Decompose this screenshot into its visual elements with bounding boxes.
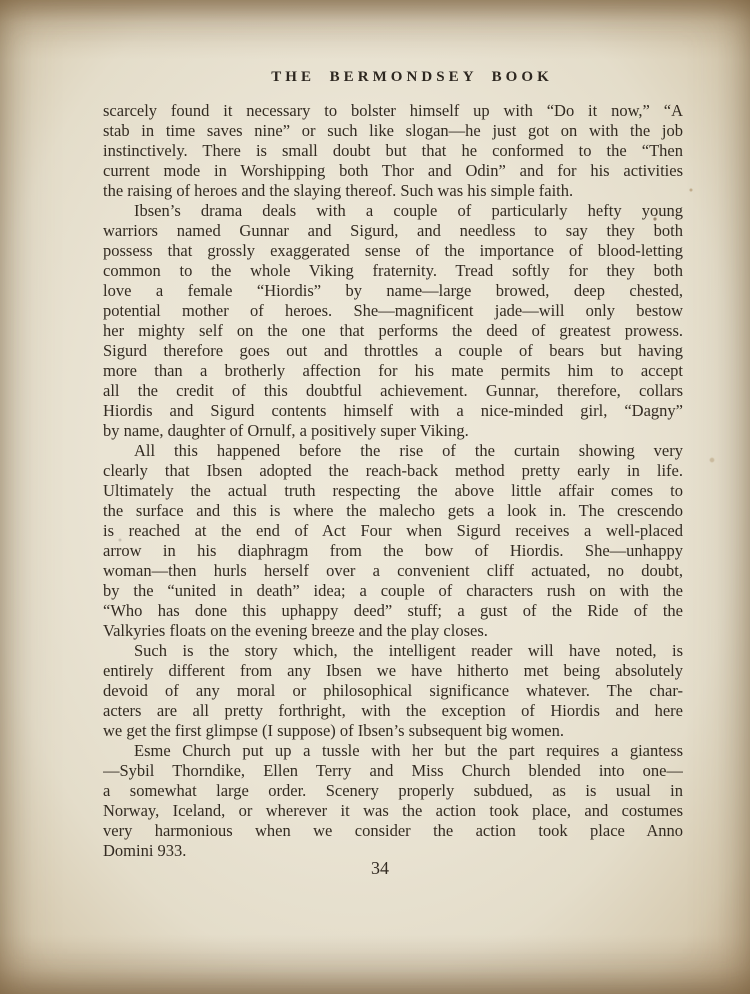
text-line: love a female “Hiordis” by name—large br… — [103, 281, 683, 301]
paragraph: scarcely found it necessary to bolster h… — [103, 101, 683, 201]
text-line: more than a brotherly affection for his … — [103, 361, 683, 381]
text-line: Valkyries floats on the evening breeze a… — [103, 621, 683, 641]
page-number: 34 — [90, 858, 670, 879]
text-line: potential mother of heroes. She—magnific… — [103, 301, 683, 321]
text-line: arrow in his diaphragm from the bow of H… — [103, 541, 683, 561]
text-line: —Sybil Thorndike, Ellen Terry and Miss C… — [103, 761, 683, 781]
text-line: woman—then hurls herself over a convenie… — [103, 561, 683, 581]
text-line: current mode in Worshipping both Thor an… — [103, 161, 683, 181]
text-line: Ultimately the actual truth respecting t… — [103, 481, 683, 501]
text-line: Such is the story which, the intelligent… — [103, 641, 683, 661]
text-line: common to the whole Viking fraternity. T… — [103, 261, 683, 281]
text-line: all the credit of this doubtful achievem… — [103, 381, 683, 401]
text-line: the raising of heroes and the slaying th… — [103, 181, 683, 201]
text-line: possess that grossly exaggerated sense o… — [103, 241, 683, 261]
text-line: acters are all pretty forthright, with t… — [103, 701, 683, 721]
text-line: by name, daughter of Ornulf, a positivel… — [103, 421, 683, 441]
text-line: All this happened before the rise of the… — [103, 441, 683, 461]
text-line: “Who has done this uphappy deed” stuff; … — [103, 601, 683, 621]
text-line: Ibsen’s drama deals with a couple of par… — [103, 201, 683, 221]
text-line: very harmonious when we consider the act… — [103, 821, 683, 841]
text-block: scarcely found it necessary to bolster h… — [103, 101, 683, 861]
text-line: scarcely found it necessary to bolster h… — [103, 101, 683, 121]
text-line: instinctively. There is small doubt but … — [103, 141, 683, 161]
text-line: by the “united in death” idea; a couple … — [103, 581, 683, 601]
running-header: THE BERMONDSEY BOOK — [74, 69, 750, 86]
text-line: Norway, Iceland, or wherever it was the … — [103, 801, 683, 821]
text-line: we get the first glimpse (I suppose) of … — [103, 721, 683, 741]
text-line: stab in time saves nine” or such like sl… — [103, 121, 683, 141]
text-line: a somewhat large order. Scenery properly… — [103, 781, 683, 801]
paragraph: Such is the story which, the intelligent… — [103, 641, 683, 741]
text-line: entirely different from any Ibsen we hav… — [103, 661, 683, 681]
paragraph: Esme Church put up a tussle with her but… — [103, 741, 683, 861]
text-line: Esme Church put up a tussle with her but… — [103, 741, 683, 761]
text-line: her mighty self on the one that performs… — [103, 321, 683, 341]
text-line: Sigurd therefore goes out and throttles … — [103, 341, 683, 361]
text-line: the surface and this is where the malech… — [103, 501, 683, 521]
paragraph: Ibsen’s drama deals with a couple of par… — [103, 201, 683, 441]
text-line: is reached at the end of Act Four when S… — [103, 521, 683, 541]
text-line: devoid of any moral or philosophical sig… — [103, 681, 683, 701]
scanned-book-page: THE BERMONDSEY BOOK scarcely found it ne… — [0, 0, 750, 994]
text-line: clearly that Ibsen adopted the reach-bac… — [103, 461, 683, 481]
text-line: Hiordis and Sigurd contents himself with… — [103, 401, 683, 421]
paragraph: All this happened before the rise of the… — [103, 441, 683, 641]
text-line: warriors named Gunnar and Sigurd, and ne… — [103, 221, 683, 241]
